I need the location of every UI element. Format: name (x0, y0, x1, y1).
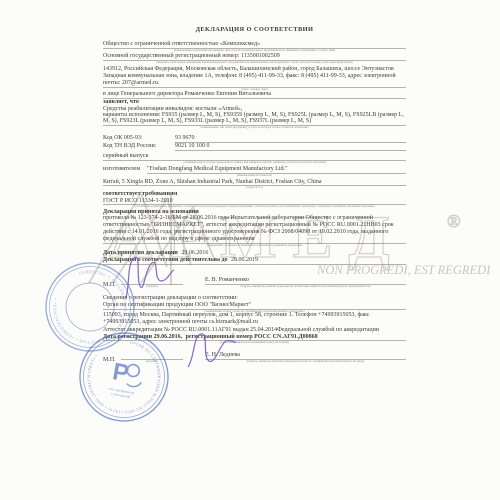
certification-body-address: 115093, город Москва, Партийный переулок… (103, 312, 406, 326)
code-tnved-label: Код ТН ВЭД России: (103, 143, 175, 151)
declarant-name-field: Общество с ограниченной ответственностью… (103, 41, 406, 53)
rst-mark-icon: Р (110, 358, 144, 390)
standard-field: ГОСТ Р ИСО 11334-1-2010 (обозначение нор… (103, 198, 406, 210)
date-accepted-value: 29.06.2016 (181, 250, 208, 256)
code-tnved-row: Код ТН ВЭД России: 9021 10 100 0 (103, 143, 406, 151)
variants-value: варианты исполнения: FS935 (размер L, M,… (103, 112, 406, 127)
manufacturer-caption: (наименование изготовителя) (103, 174, 406, 178)
code-ok-label: Код ОК 005-93: (103, 135, 175, 143)
address-line-3: почты: 207@armed.ru. (103, 80, 406, 88)
basis-field: протокола № 123-374-2-16/БМ от 28.06.201… (103, 215, 406, 247)
ogrn-field: Основной государственный регистрационный… (103, 53, 406, 65)
certification-rst-stamp: ОРГАН ПО СЕРТИФИКАЦИИ № РОСС RU.0001.11А… (78, 331, 170, 423)
valid-until-value: 28.06.2019 (231, 257, 258, 263)
issue-type-value: серийный выпуск (103, 153, 406, 161)
issue-type-caption: (серийный выпуск, партия определенного р… (103, 161, 406, 165)
issue-type-field: серийный выпуск (серийный выпуск, партия… (103, 153, 406, 165)
cb-address-line-2: +74993915053, адрес электронной почты cs… (103, 319, 406, 326)
document-body: ДЕКЛАРАЦИЯ О СООТВЕТСТВИИ Общество с огр… (0, 0, 500, 500)
standard-value: ГОСТ Р ИСО 11334-1-2010 (103, 198, 406, 206)
manufacturer-address-field: Китай, 5 Xingfa RD, Zone A, Shishan Indu… (103, 179, 406, 191)
head-name-block: Е. В. Романченко (подпись, инициалы, фам… (205, 277, 406, 289)
stamp-inner-ring (60, 277, 120, 337)
manufacturer-field: изготовителем "Foshan Dongfang Medical E… (103, 166, 406, 178)
variants-field: варианты исполнения: FS935 (размер L, M,… (103, 112, 406, 130)
address-line-2: Западная коммунальная зона, владение 1А,… (103, 73, 406, 80)
basis-caption: (информация о документах, являющихся осн… (103, 244, 406, 248)
document-title: ДЕКЛАРАЦИЯ О СООТВЕТСТВИИ (103, 26, 406, 33)
manufacturer-label: изготовителем (103, 166, 147, 174)
address-line-1: 143912, Российская Федерация, Московская… (103, 66, 406, 73)
cb-address-line-1: 115093, город Москва, Партийный переулок… (103, 312, 406, 319)
representative-field: в лице Генерального директора Романченко… (103, 91, 406, 99)
variants-caption: (наименование, тип, марка продукции (усл… (103, 126, 406, 130)
basis-text: протокола № 123-374-2-16/БМ от 28.06.201… (103, 215, 406, 244)
ogrn-value: Основной государственный регистрационный… (103, 53, 406, 61)
scanned-declaration-document: АРМЕД ® NON PROGREDI, EST REGREDI ДЕКЛАР… (0, 0, 500, 500)
conforms-label: соответствует требованиям (103, 191, 406, 198)
declarant-name-caption: (наименование организации или фамилия, и… (103, 49, 406, 53)
ogrn-caption: (сведения о регистрации организации или … (103, 61, 406, 65)
code-ok-row: Код ОК 005-93: 93 9670 (103, 135, 406, 143)
declarant-address-field: 143912, Российская Федерация, Московская… (103, 66, 406, 91)
manufacturer-value: "Foshan Dongfang Medical Equipment Manuf… (147, 166, 406, 174)
manufacturer-address-caption: (страна и т.п.) (103, 186, 406, 190)
certification-body-value: Орган по сертификации продукции ООО "Биз… (103, 302, 406, 310)
declarant-name: Общество с ограниченной ответственностью… (103, 41, 406, 49)
head-name: Е. В. Романченко (205, 277, 406, 285)
registrar-handwritten-signature (182, 330, 242, 370)
head-name-caption: (подпись, инициалы, фамилия руководителя… (205, 285, 406, 289)
representative-value: в лице Генерального директора Романченко… (103, 91, 406, 99)
code-ok-value: 93 9670 (175, 135, 406, 143)
code-tnved-value: 9021 10 100 0 (175, 143, 406, 151)
manufacturer-address-value: Китай, 5 Xingfa RD, Zone A, Shishan Indu… (103, 179, 406, 187)
head-handwritten-signature (118, 252, 180, 300)
